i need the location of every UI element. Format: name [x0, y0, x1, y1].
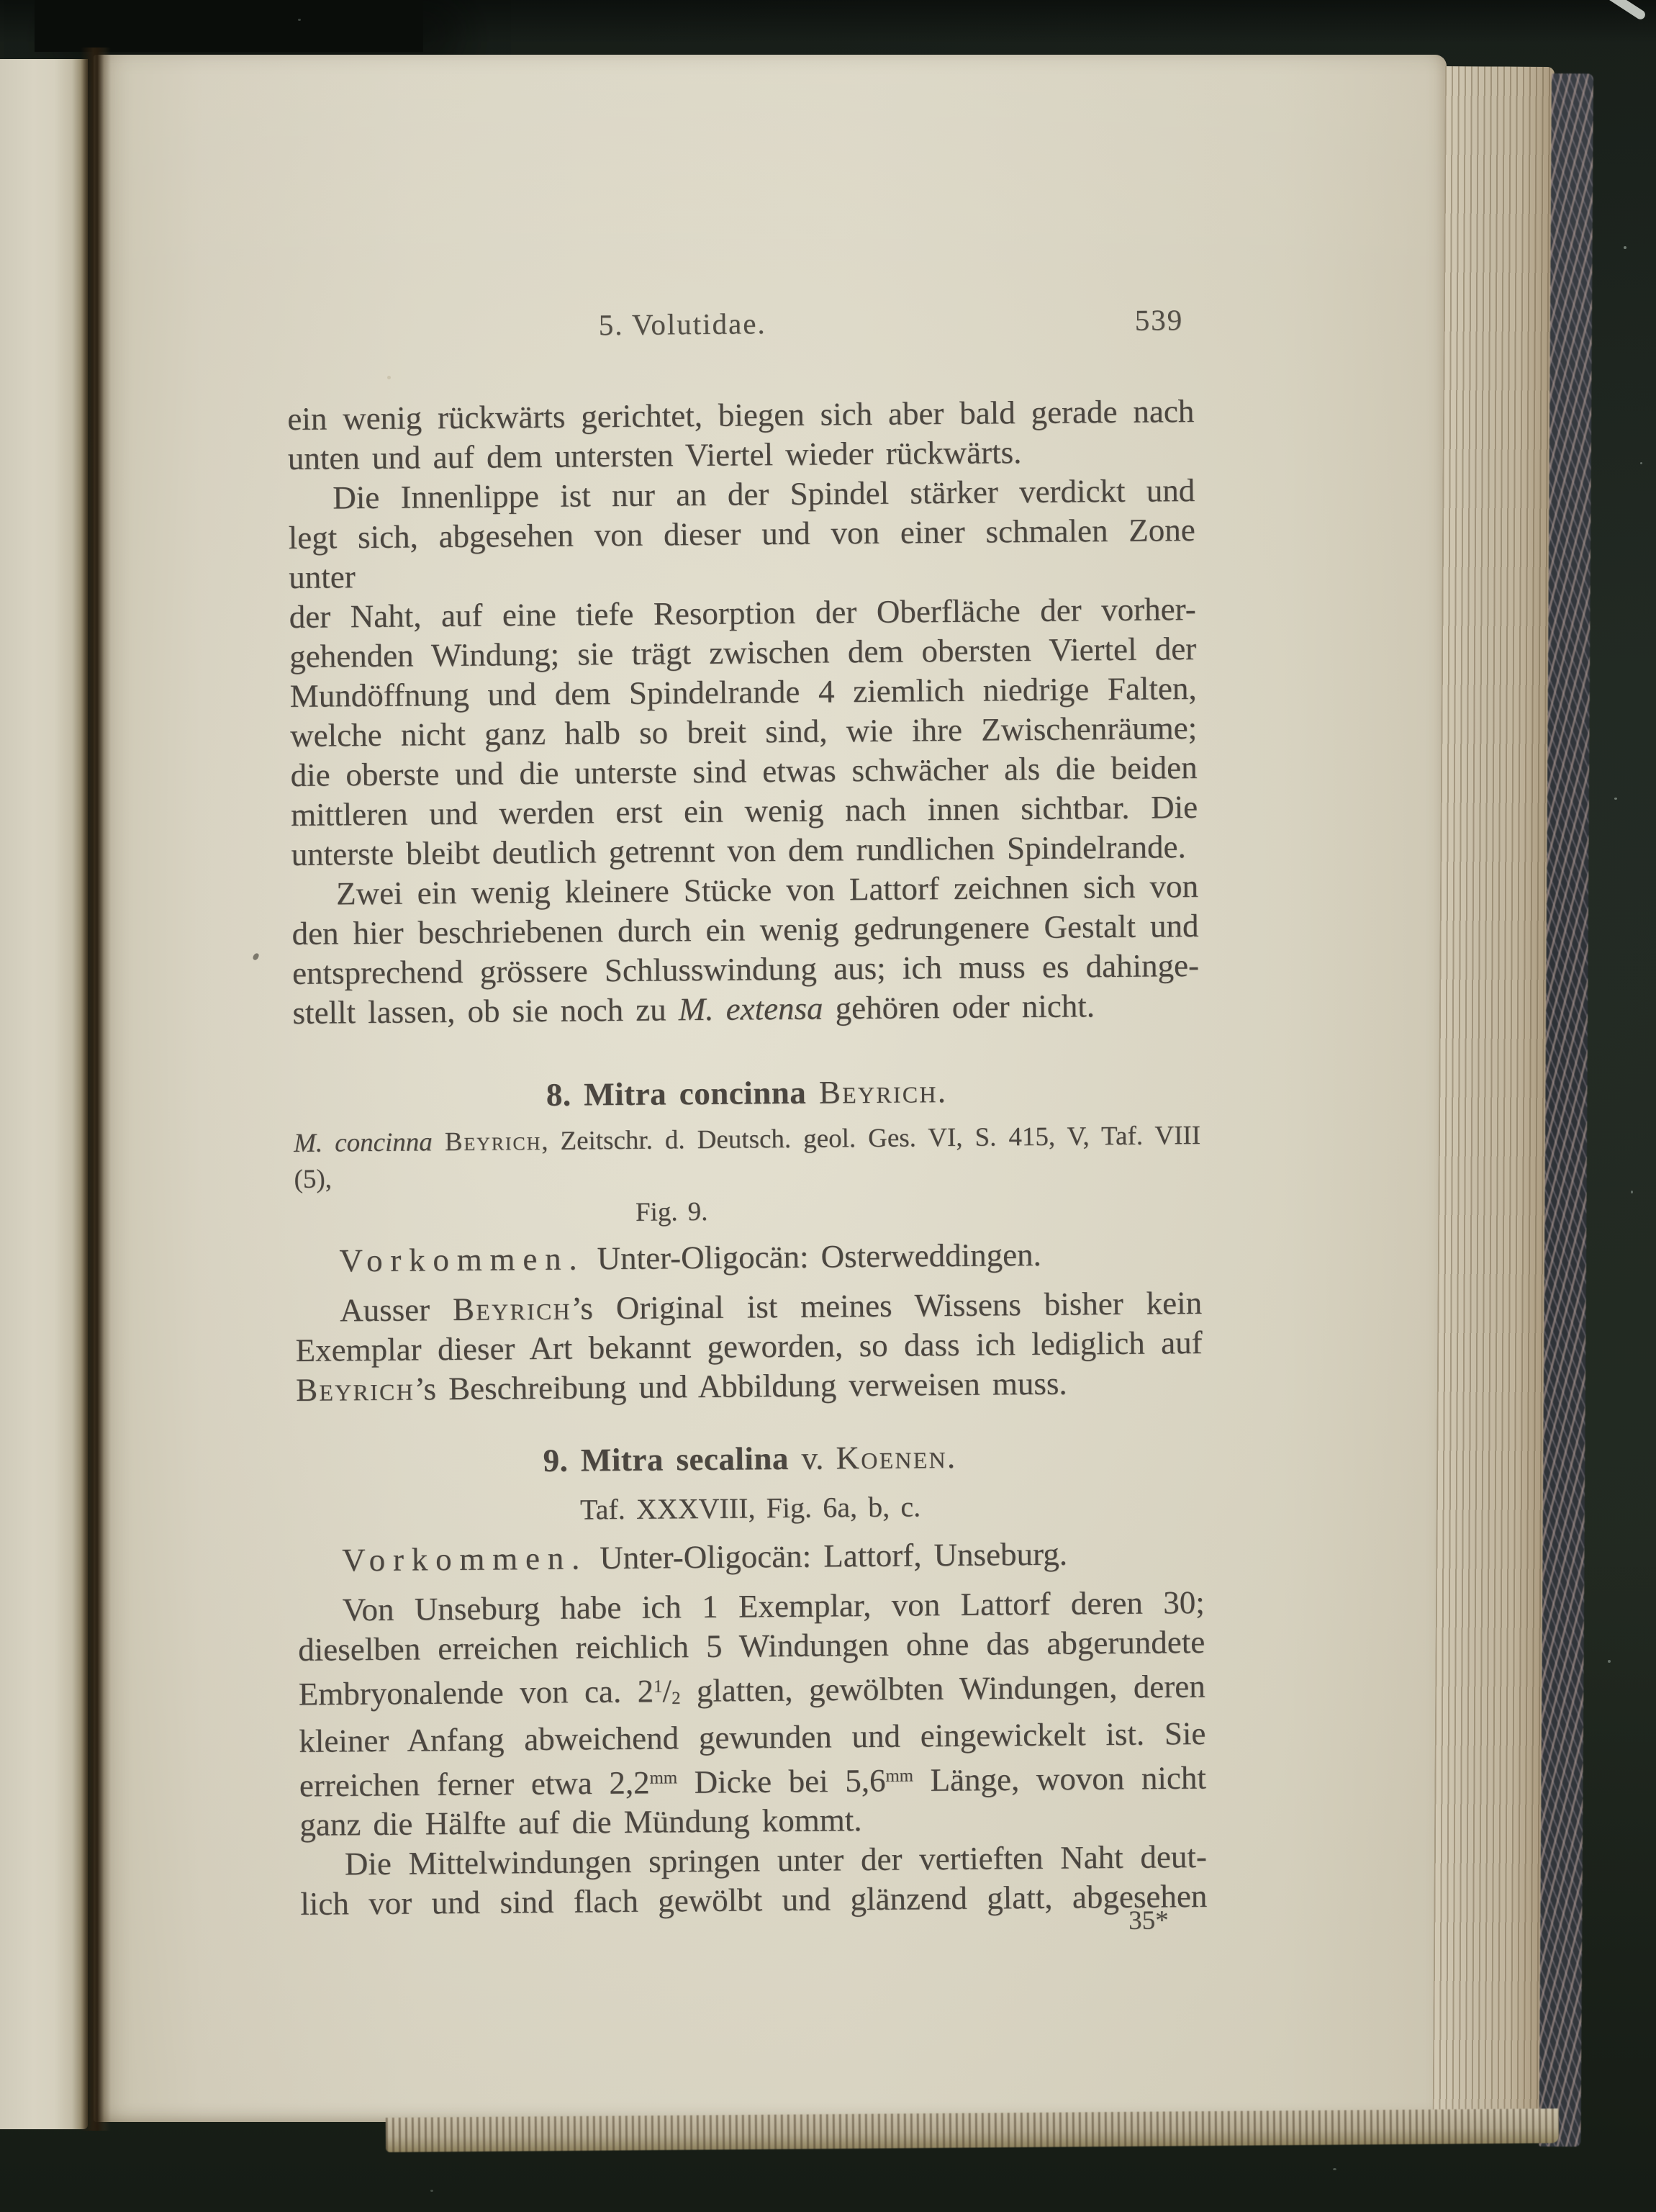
text-segment: ’s Original ist meines Wissens bisher ke…	[571, 1285, 1203, 1327]
text-segment: Unter-Oligocän: Lattorf, Unseburg.	[587, 1536, 1067, 1576]
plate-reference: Taf. XXXVIII, Fig. 6a, b, c.	[297, 1486, 1203, 1534]
text-segment: /	[662, 1673, 671, 1709]
text-segment: mittleren und werden erst ein wenig nach…	[291, 789, 1198, 833]
text-segment: unterste bleibt deutlich getrennt von de…	[291, 829, 1186, 872]
text-segment-sc: Beyrich	[445, 1127, 542, 1157]
dust-fleck	[1614, 798, 1617, 800]
book-page: 5. Volutidae. 539 ein wenig rückwärts ge…	[94, 55, 1447, 2122]
text-line: Fig. 9.	[635, 1190, 1201, 1234]
running-header: 5. Volutidae. 539	[286, 300, 1193, 348]
dust-fleck	[1608, 1660, 1611, 1663]
text-segment-sup: mm	[649, 1768, 677, 1787]
text-segment: unten und auf dem untersten Viertel wied…	[288, 434, 1022, 477]
paragraph-von-unseburg: Von Unseburg habe ich 1 Exemplar, von La…	[298, 1583, 1207, 1845]
text-segment: welche nicht ganz halb so breit sind, wi…	[290, 710, 1197, 754]
text-block: 5. Volutidae. 539 ein wenig rückwärts ge…	[286, 300, 1208, 1944]
text-segment: legt sich, abgesehen von dieser und von …	[289, 512, 1195, 595]
text-segment: gehenden Windung; sie trägt zwischen dem…	[289, 631, 1196, 674]
text-segment-b: 8. Mitra concinna	[546, 1075, 819, 1113]
text-segment: den hier beschriebenen durch ein wenig g…	[291, 908, 1198, 952]
text-line: Vorkommen. Unter-Oligocän: Osterweddinge…	[294, 1234, 1201, 1281]
text-segment: Länge, wovon nicht	[913, 1759, 1206, 1798]
text-segment-sp: Vorkommen.	[339, 1240, 584, 1278]
paragraph-innenlippe: Die Innenlippe ist nur an der Spindel st…	[288, 471, 1198, 875]
text-segment: glatten, gewölbten Windungen, deren	[680, 1669, 1205, 1709]
text-segment-sc: Beyrich.	[819, 1073, 948, 1111]
dust-fleck	[298, 19, 301, 21]
text-segment: erreichen ferner etwa 2,2	[299, 1764, 650, 1803]
text-segment-sc: Beyrich	[296, 1371, 415, 1408]
reference-citation: M. concinna Beyrich, Zeitschr. d. Deutsc…	[294, 1118, 1201, 1237]
text-segment: entsprechend grössere Schlusswindung aus…	[292, 947, 1199, 991]
text-segment: lich vor und sind flach gewölbt und glän…	[300, 1878, 1207, 1922]
dust-fleck	[1624, 246, 1626, 249]
facing-page-edge	[0, 59, 88, 2129]
text-line: legt sich, abgesehen von dieser und von …	[289, 510, 1196, 597]
gutter-shadow	[81, 48, 111, 2131]
vorkommen-osterweddingen: Vorkommen. Unter-Oligocän: Osterweddinge…	[294, 1234, 1201, 1281]
text-segment-sup: mm	[885, 1766, 913, 1785]
text-segment: ganz die Hälfte auf die Mündung kommt.	[299, 1802, 862, 1843]
paragraph-mittelwindungen: Die Mittelwindungen springen unter der v…	[300, 1837, 1208, 1924]
text-segment: Zwei ein wenig kleinere Stücke von Latto…	[336, 868, 1198, 911]
text-line: Taf. XXXVIII, Fig. 6a, b, c.	[297, 1486, 1203, 1534]
text-segment: Von Unseburg habe ich 1 Exemplar, von La…	[343, 1584, 1205, 1628]
dust-fleck	[1640, 462, 1642, 464]
text-line: Embryonalende von ca. 21/2 glatten, gewö…	[299, 1662, 1206, 1722]
paragraph-ausser-beyrich: Ausser Beyrich’s Original ist meines Wis…	[295, 1283, 1203, 1410]
text-segment: Mundöffnung und dem Spindelrande 4 zieml…	[289, 670, 1196, 714]
text-segment-i: M. concinna	[294, 1127, 445, 1158]
text-segment-sc: Koenen.	[836, 1439, 956, 1476]
body-blocks: ein wenig rückwärts gerichtet, biegen si…	[287, 392, 1207, 1924]
text-segment: Die Innenlippe ist nur an der Spindel st…	[332, 472, 1195, 515]
text-segment-sc: Beyrich	[453, 1291, 571, 1327]
binding-shadow	[35, 0, 423, 52]
text-line: lich vor und sind flach gewölbt und glän…	[300, 1877, 1207, 1924]
vorkommen-lattorf: Vorkommen. Unter-Oligocän: Lattorf, Unse…	[297, 1533, 1204, 1581]
text-line: 8. Mitra concinna Beyrich.	[293, 1070, 1200, 1117]
section-title: 5. Volutidae.	[229, 301, 1136, 348]
text-segment: kleiner Anfang abweichend gewunden und e…	[299, 1715, 1205, 1759]
text-segment: dieselben erreichen reichlich 5 Windunge…	[298, 1624, 1205, 1668]
text-segment-i: M. extensa	[679, 990, 823, 1028]
text-segment: Embryonalende von ca. 2	[299, 1673, 654, 1712]
text-line: Beyrich’s Beschreibung und Abbildung ver…	[296, 1363, 1203, 1410]
text-segment: Exemplar dieser Art bekannt geworden, so…	[295, 1324, 1202, 1368]
dust-fleck	[1333, 2168, 1336, 2170]
text-segment: gehören oder nicht.	[823, 988, 1095, 1026]
text-line: ein wenig rückwärts gerichtet, biegen si…	[287, 392, 1194, 439]
text-segment-b: 9. Mitra secalina	[543, 1440, 801, 1479]
text-segment: Unter-Oligocän: Osterweddingen.	[584, 1237, 1041, 1277]
paragraph-continuation: ein wenig rückwärts gerichtet, biegen si…	[287, 392, 1195, 479]
dust-fleck	[1631, 1191, 1633, 1193]
species-heading-9: 9. Mitra secalina v. Koenen.	[297, 1435, 1203, 1483]
text-line: 9. Mitra secalina v. Koenen.	[297, 1435, 1203, 1483]
text-line: erreichen ferner etwa 2,2mm Dicke bei 5,…	[299, 1753, 1206, 1806]
text-segment-sub: 2	[671, 1689, 681, 1708]
text-segment: Dicke bei 5,6	[677, 1762, 886, 1800]
text-segment: Die Mittelwindungen springen unter der v…	[345, 1838, 1207, 1882]
paragraph-zwei-stuecke: Zwei ein wenig kleinere Stücke von Latto…	[291, 867, 1200, 1033]
text-segment-sp: Vorkommen.	[342, 1540, 587, 1578]
text-segment: Taf. XXXVIII, Fig. 6a, b, c.	[580, 1490, 920, 1525]
text-segment: ein wenig rückwärts gerichtet, biegen si…	[287, 393, 1194, 437]
text-segment: der Naht, auf eine tiefe Resorption der …	[289, 591, 1196, 635]
dust-fleck	[430, 2190, 433, 2192]
text-line: Vorkommen. Unter-Oligocän: Lattorf, Unse…	[297, 1533, 1204, 1581]
text-segment-sup: 1	[653, 1677, 663, 1697]
text-line: stellt lassen, ob sie noch zu M. extensa…	[292, 985, 1199, 1033]
text-line: M. concinna Beyrich, Zeitschr. d. Deutsc…	[294, 1118, 1201, 1198]
text-segment: Fig. 9.	[635, 1197, 708, 1227]
fore-edge-pages	[1432, 66, 1555, 2140]
text-segment: ’s Beschreibung und Abbildung verweisen …	[415, 1365, 1067, 1407]
text-segment: v.	[801, 1440, 836, 1476]
book-scan: 5. Volutidae. 539 ein wenig rückwärts ge…	[0, 0, 1656, 2212]
page-number: 539	[1134, 300, 1183, 340]
text-segment: die oberste und die unterste sind etwas …	[290, 749, 1197, 793]
text-segment: Ausser	[340, 1291, 453, 1328]
species-heading-8: 8. Mitra concinna Beyrich.	[293, 1070, 1200, 1117]
text-segment: stellt lassen, ob sie noch zu	[292, 991, 679, 1031]
